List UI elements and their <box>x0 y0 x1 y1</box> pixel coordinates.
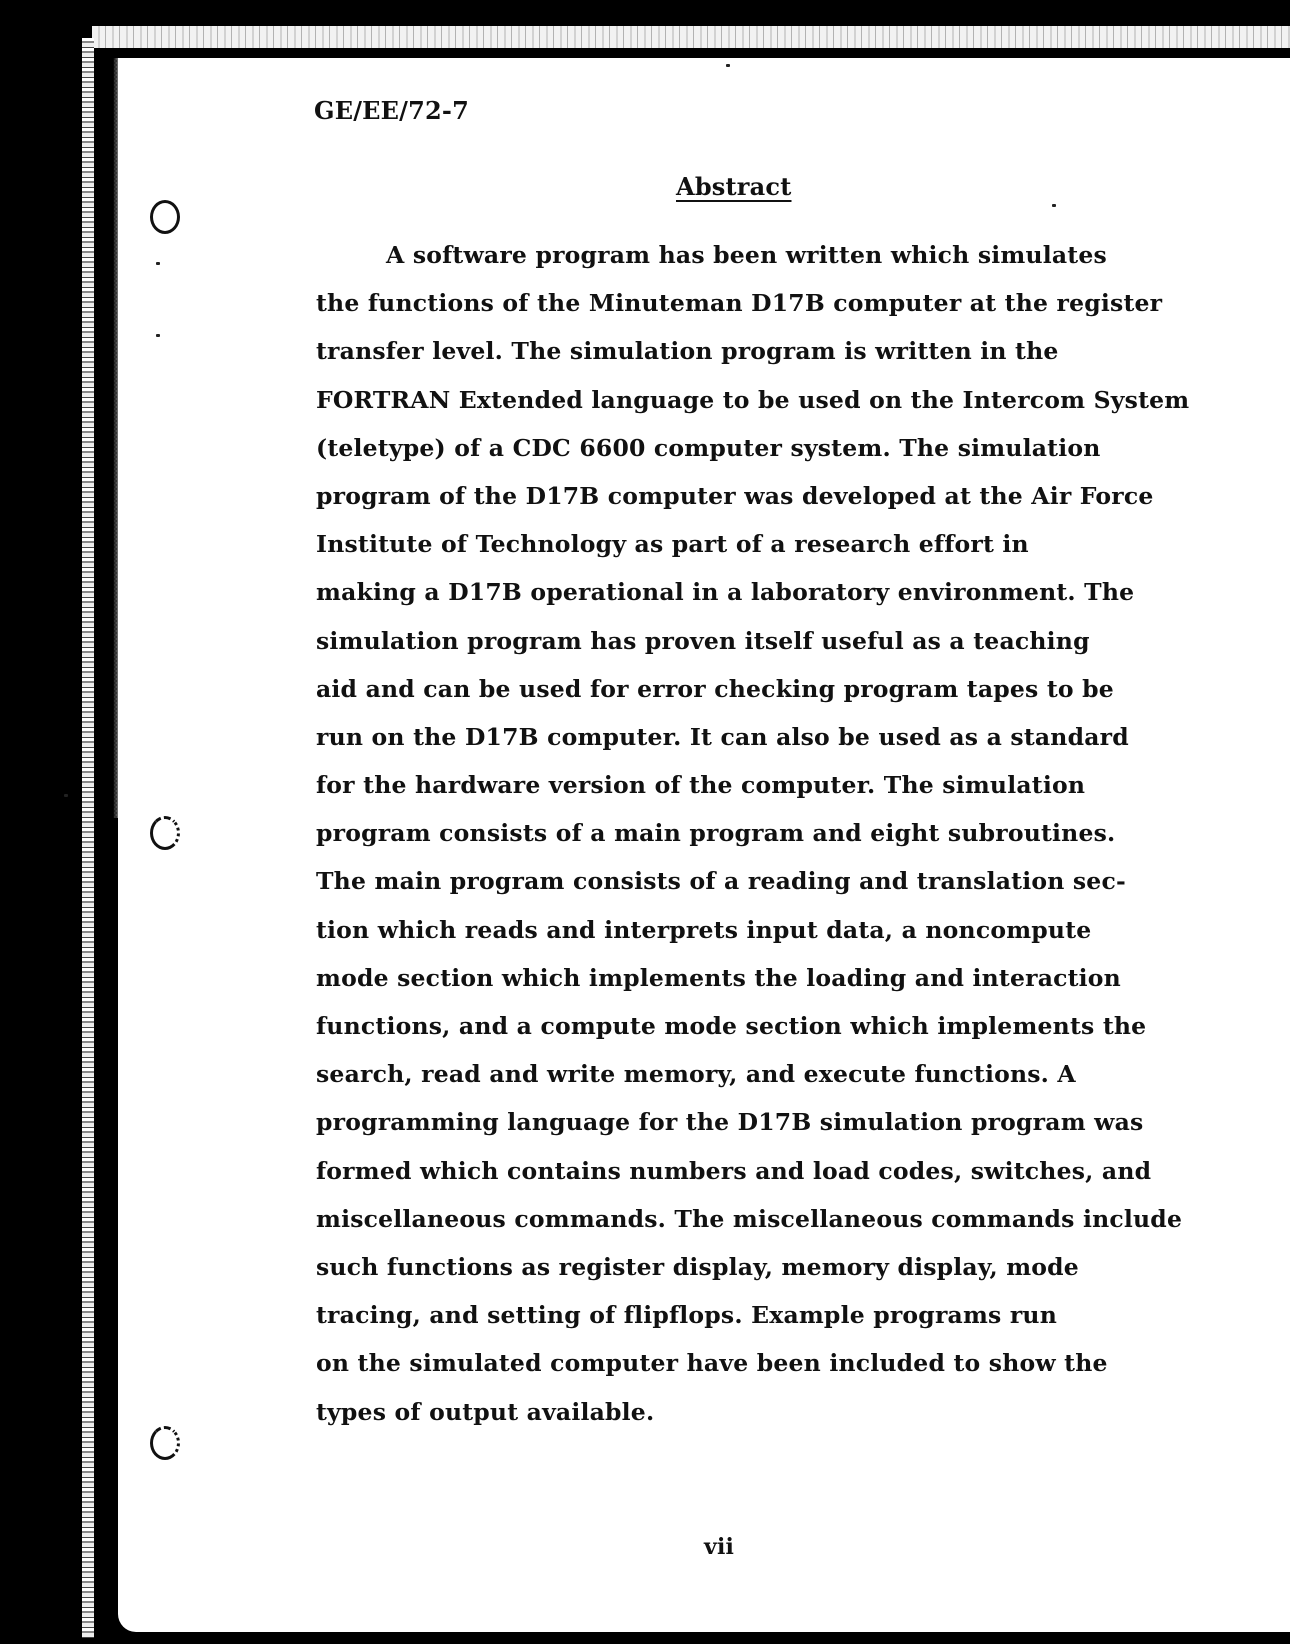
body-line: the functions of the Minuteman D17B comp… <box>316 288 1196 336</box>
body-line: tracing, and setting of flipflops. Examp… <box>316 1300 1196 1348</box>
page-number: vii <box>704 1534 734 1560</box>
body-line: mode section which implements the loadin… <box>316 963 1196 1011</box>
scanned-page-frame: GE/EE/72-7 Abstract A software program h… <box>0 0 1290 1644</box>
body-line: program of the D17B computer was develop… <box>316 481 1196 529</box>
scan-bottom-shadow <box>100 1632 1290 1644</box>
binding-hole-icon <box>150 1426 180 1460</box>
body-line: aid and can be used for error checking p… <box>316 674 1196 722</box>
scan-speck <box>156 334 160 337</box>
binding-hole-icon <box>150 200 180 234</box>
body-line: formed which contains numbers and load c… <box>316 1156 1196 1204</box>
body-line: The main program consists of a reading a… <box>316 866 1196 914</box>
body-line: program consists of a main program and e… <box>316 818 1196 866</box>
body-line: (teletype) of a CDC 6600 computer system… <box>316 433 1196 481</box>
scan-speck <box>726 64 730 67</box>
body-line: functions, and a compute mode section wh… <box>316 1011 1196 1059</box>
body-line: programming language for the D17B simula… <box>316 1107 1196 1155</box>
scan-speck <box>156 262 160 265</box>
body-line: miscellaneous commands. The miscellaneou… <box>316 1204 1196 1252</box>
scan-speck <box>64 794 68 797</box>
scan-top-edge-noise <box>92 26 1290 48</box>
body-line: FORTRAN Extended language to be used on … <box>316 385 1196 433</box>
scan-speck <box>1052 204 1056 207</box>
scan-top-shadow <box>138 48 1290 58</box>
body-line: such functions as register display, memo… <box>316 1252 1196 1300</box>
body-line: tion which reads and interprets input da… <box>316 915 1196 963</box>
body-line: for the hardware version of the computer… <box>316 770 1196 818</box>
binding-hole-icon <box>150 816 180 850</box>
body-line: making a D17B operational in a laborator… <box>316 577 1196 625</box>
document-id: GE/EE/72-7 <box>314 96 469 125</box>
body-line: transfer level. The simulation program i… <box>316 336 1196 384</box>
scan-binding-dots <box>114 60 117 820</box>
body-line: A software program has been written whic… <box>316 240 1196 288</box>
body-line: types of output available. <box>316 1397 1196 1445</box>
page-title: Abstract <box>676 172 792 201</box>
body-line: Institute of Technology as part of a res… <box>316 529 1196 577</box>
body-line: run on the D17B computer. It can also be… <box>316 722 1196 770</box>
body-line: search, read and write memory, and execu… <box>316 1059 1196 1107</box>
scan-left-edge-noise <box>82 38 94 1638</box>
abstract-body: A software program has been written whic… <box>316 240 1196 1445</box>
body-line: on the simulated computer have been incl… <box>316 1348 1196 1396</box>
body-line: simulation program has proven itself use… <box>316 626 1196 674</box>
